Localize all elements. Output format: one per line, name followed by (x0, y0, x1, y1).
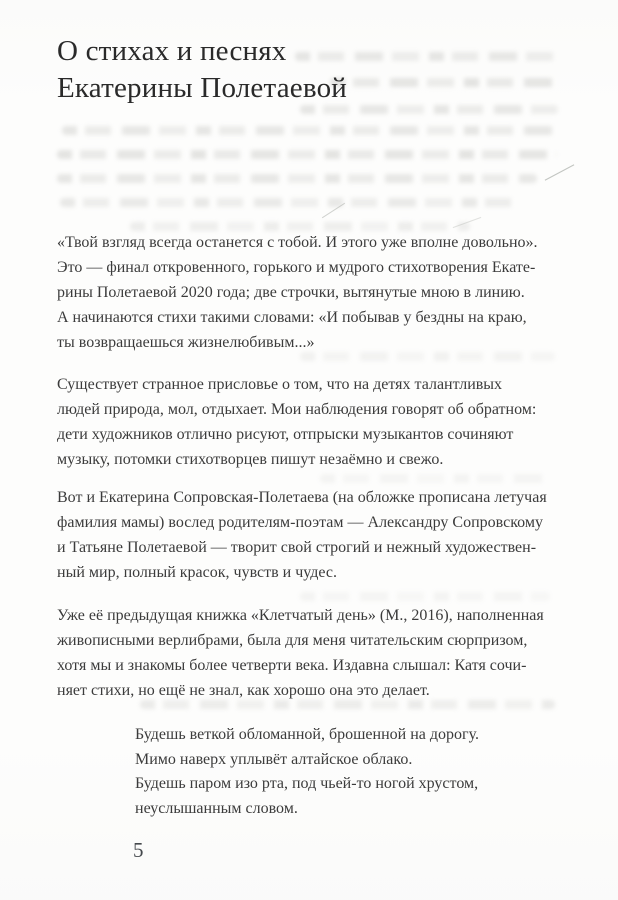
page-number: 5 (133, 838, 144, 863)
text-line: людей природа, мол, отдыхает. Мои наблюд… (57, 397, 536, 422)
text-line: няет стихи, но ещё не знал, как хорошо о… (57, 678, 544, 703)
text-line: фамилия мамы) вослед родителям-поэтам — … (57, 510, 547, 535)
text-line: ный мир, полный красок, чувств и чудес. (57, 560, 547, 585)
text-line: ты возвращаешься жизнелюбивым...» (57, 330, 538, 355)
text-line: живописными верлибрами, была для меня чи… (57, 628, 544, 653)
text-line: хотя мы и знакомы более четверти века. И… (57, 653, 544, 678)
ghost-line (320, 474, 550, 483)
text-line: Существует странное присловье о том, что… (57, 372, 536, 397)
verse-line: неуслышанным словом. (135, 797, 479, 822)
paragraph: Уже её предыдущая книжка «Клетчатый день… (57, 603, 544, 703)
ghost-line (330, 78, 558, 87)
paragraph: «Твой взгляд всегда останется с тобой. И… (57, 230, 538, 355)
scratch-mark (545, 164, 575, 180)
text-line: рины Полетаевой 2020 года; две строчки, … (57, 280, 538, 305)
verse-quote: Будешь веткой обломанной, брошенной на д… (135, 723, 479, 821)
ghost-line (57, 174, 537, 183)
text-line: музыку, потомки стихотворцев пишут незаё… (57, 447, 536, 472)
text-line: «Твой взгляд всегда останется с тобой. И… (57, 230, 538, 255)
text-line: А начинаются стихи такими словами: «И по… (57, 305, 538, 330)
ghost-line (60, 198, 515, 207)
ghost-line (62, 126, 558, 135)
book-page: О стихах и песнях Екатерины Полетаевой «… (0, 0, 618, 900)
page-title: О стихах и песнях Екатерины Полетаевой (57, 33, 347, 107)
verse-line: Мимо наверх уплывёт алтайское облако. (135, 748, 479, 773)
verse-line: Будешь паром изо рта, под чьей-то ногой … (135, 772, 479, 797)
text-line: и Татьяне Полетаевой — творит свой строг… (57, 535, 547, 560)
text-line: дети художников отлично рисуют, отпрыски… (57, 422, 536, 447)
paragraph: Вот и Екатерина Сопровская-Полетаева (на… (57, 485, 547, 585)
ghost-line (300, 592, 550, 601)
verse-line: Будешь веткой обломанной, брошенной на д… (135, 723, 479, 748)
text-line: Уже её предыдущая книжка «Клетчатый день… (57, 603, 544, 628)
text-line: Это — финал откровенного, горького и муд… (57, 255, 538, 280)
text-line: Вот и Екатерина Сопровская-Полетаева (на… (57, 485, 547, 510)
title-line: О стихах и песнях (57, 33, 347, 70)
ghost-line (57, 150, 557, 159)
title-line: Екатерины Полетаевой (57, 70, 347, 107)
paragraph: Существует странное присловье о том, что… (57, 372, 536, 472)
